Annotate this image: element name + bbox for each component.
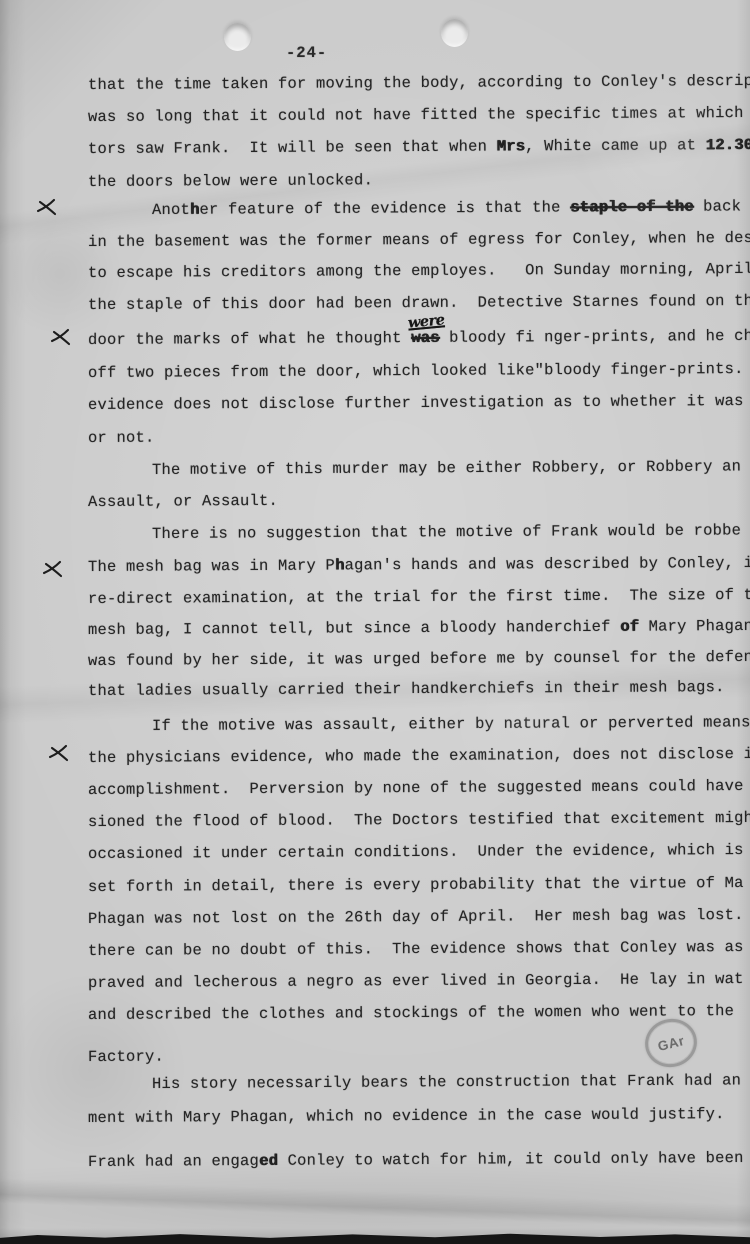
- text-line: was found by her side, it was urged befo…: [88, 647, 750, 671]
- text-line: ment with Mary Phagan, which no evidence…: [88, 1104, 725, 1128]
- text-line: there can be no doubt of this. The evide…: [88, 937, 744, 961]
- scanned-page: -24- that the time taken for moving the …: [0, 0, 750, 1244]
- text-line: or not.: [88, 428, 155, 448]
- text-line: The mesh bag was in Mary Phagan's hands …: [88, 553, 750, 577]
- text-line: the doors below were unlocked.: [88, 170, 373, 192]
- text-line: sioned the flood of blood. The Doctors t…: [88, 808, 750, 832]
- text-line: Frank had an engaged Conley to watch for…: [88, 1148, 744, 1172]
- text-line: that the time taken for moving the body,…: [88, 71, 750, 95]
- text-line: mesh bag, I cannot tell, but since a blo…: [88, 616, 750, 640]
- text-line: Another feature of the evidence is that …: [152, 196, 750, 220]
- text-line: the physicians evidence, who made the ex…: [88, 744, 750, 768]
- handwritten-correction: were: [407, 310, 445, 333]
- text-line: occasioned it under certain conditions. …: [88, 840, 750, 864]
- text-line: to escape his creditors among the employ…: [88, 259, 750, 283]
- overtyped-text: ed: [259, 1152, 278, 1170]
- text-line: Phagan was not lost on the 26th day of A…: [88, 905, 744, 929]
- text-line: the staple of this door had been drawn. …: [88, 291, 750, 315]
- struck-text: staple of the: [570, 198, 694, 217]
- overtyped-text: h: [335, 556, 345, 574]
- overtyped-text: Mrs: [497, 137, 526, 155]
- handwritten-x-mark: [36, 196, 58, 218]
- text-line: tors saw Frank. It will be seen that whe…: [88, 135, 750, 159]
- handwritten-x-mark: [42, 558, 64, 580]
- text-line: accomplishment. Perversion by none of th…: [88, 776, 750, 800]
- text-line: His story necessarily bears the construc…: [152, 1070, 750, 1094]
- text-line: evidence does not disclose further inves…: [88, 391, 750, 415]
- overtyped-text: 12.30: [706, 136, 750, 154]
- overtyped-text: of: [620, 618, 639, 636]
- text-line: If the motive was assault, either by nat…: [152, 712, 750, 736]
- document-text: that the time taken for moving the body,…: [0, 0, 750, 1244]
- text-line: re-direct examination, at the trial for …: [88, 585, 750, 609]
- corrected-word: werewas: [411, 328, 440, 348]
- handwritten-x-mark: [48, 742, 70, 764]
- text-line: The motive of this murder may be either …: [152, 456, 741, 480]
- archive-stamp-label: GAr: [656, 1032, 686, 1053]
- text-line: Factory.: [88, 1047, 164, 1067]
- text-line: door the marks of what he thought werewa…: [88, 326, 750, 350]
- text-line: in the basement was the former means of …: [88, 228, 750, 252]
- handwritten-x-mark: [50, 326, 72, 348]
- text-line: There is no suggestion that the motive o…: [152, 520, 741, 544]
- text-line: set forth in detail, there is every prob…: [88, 873, 744, 897]
- overtyped-text: h: [190, 201, 200, 219]
- text-line: that ladies usually carried their handke…: [88, 677, 725, 701]
- text-line: praved and lecherous a negro as ever liv…: [88, 969, 744, 993]
- text-line: and described the clothes and stockings …: [88, 1001, 744, 1025]
- text-line: was so long that it could not have fitte…: [88, 103, 750, 127]
- text-line: Assault, or Assault.: [88, 491, 278, 512]
- text-line: off two pieces from the door, which look…: [88, 359, 744, 383]
